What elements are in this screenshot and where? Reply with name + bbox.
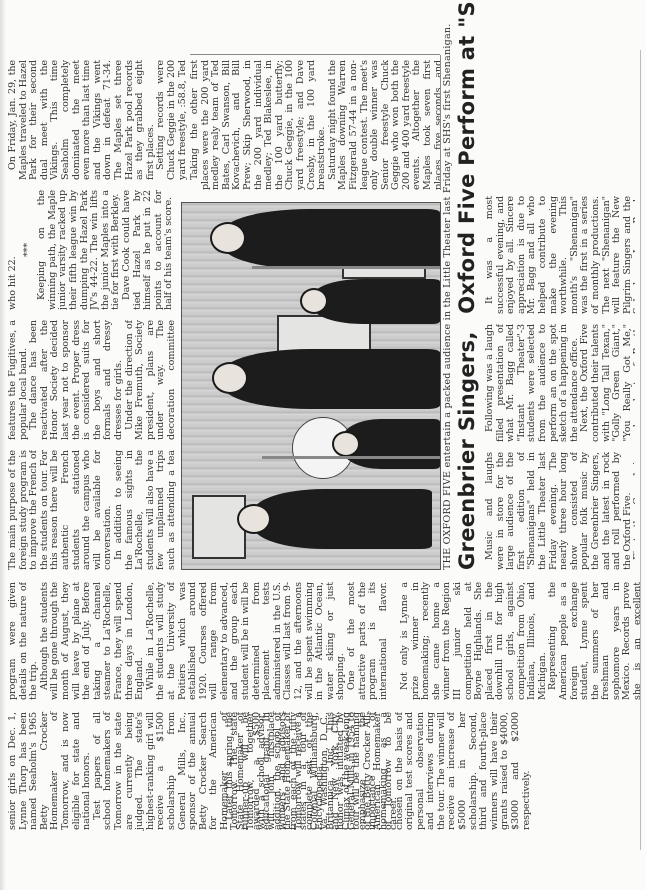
sports-para-9: Saturday night found the Maples downing … <box>328 60 440 190</box>
page-top-edge <box>0 0 6 890</box>
newspaper-page: senior girls on Dec. 1, Lynne Thorp has … <box>0 0 646 890</box>
shenanigan-para-2: First, the Greenbrier Singers chanted to… <box>633 452 635 570</box>
france-article-col-2: The main purpose of the foreign study pr… <box>8 450 178 570</box>
sports-article-col-2: On Friday, Jan. 29, the Maples traveled … <box>8 60 188 180</box>
band-member <box>222 209 440 269</box>
sports-para-4: Dave Cook could have tied Hazel Park by … <box>122 190 175 310</box>
article-headline: Greenbrier Singers, Oxford Five Perform … <box>455 0 479 570</box>
france-article-col-1: program were given details on the nature… <box>8 582 388 700</box>
dance-para-1: features the Fugitives, a popular local … <box>8 320 29 440</box>
homemaker-para-4: Not only is Lynne a prize winner in home… <box>400 582 548 700</box>
band-member-head <box>210 222 246 254</box>
band-member <box>312 279 440 324</box>
amplifier <box>192 495 246 559</box>
sports-article-col-1: who hit 22. *** Keeping on the winning p… <box>8 190 178 310</box>
shenanigan-article-col-1: Music and laughs were in store for the l… <box>485 452 635 570</box>
sports-para-1: who hit 22. <box>8 190 19 310</box>
headline-part-2: Oxford Five Perform at "Shenanigan" <box>455 0 479 314</box>
microphone-stand <box>262 456 440 459</box>
band-member-head <box>300 288 328 314</box>
sports-para-7: Setting records were Chuck Geggie in the… <box>156 60 188 180</box>
homemaker-para-5: Representing the American people as a fo… <box>548 582 640 700</box>
france-para-2: Although the students will be gone throu… <box>40 582 146 700</box>
page-bottom-edge <box>640 50 641 850</box>
homemaker-article-col-1: senior girls on Dec. 1, Lynne Thorp has … <box>8 712 218 830</box>
section-divider: *** <box>23 190 34 310</box>
shenanigan-para-4: Next, the Oxford Five contributed their … <box>580 324 635 442</box>
shenanigan-article-col-3: It was a most successful evening, and en… <box>485 196 635 314</box>
column-rule <box>440 55 441 190</box>
homemaker-article-col-3: Not only is Lynne a prize winner in home… <box>400 582 640 700</box>
dance-para-2: The dance has been reactivated after the… <box>29 320 124 440</box>
sports-article-col-3: Taking the other first places were the 2… <box>190 60 440 190</box>
dance-article-col: features the Fugitives, a popular local … <box>8 320 178 440</box>
france-para-5: The main purpose of the foreign study pr… <box>8 450 114 570</box>
shenanigan-article-col-2: Following was a laugh filled presentatio… <box>485 324 635 442</box>
microphone-stand <box>252 266 440 269</box>
headline-part-1: Greenbrier Singers, <box>455 331 479 570</box>
homemaker-para-3: Later this spring, the State Homemaker o… <box>225 712 532 830</box>
band-member-head <box>212 362 248 394</box>
shenanigan-para-5: It was a most successful evening, and en… <box>485 196 635 314</box>
sports-para-3: Keeping on the winning path, the Maple j… <box>37 190 122 310</box>
band-photo <box>181 202 441 570</box>
band-member-head <box>237 504 271 534</box>
france-para-1: program were given details on the nature… <box>8 582 40 700</box>
shenanigan-para-3: Following was a laugh filled presentatio… <box>485 324 580 442</box>
sports-para-6: On Friday, Jan. 29, the Maples traveled … <box>8 60 156 180</box>
homemaker-para-1: senior girls on Dec. 1, Lynne Thorp has … <box>8 712 93 830</box>
band-member <box>222 349 440 409</box>
column-rule <box>190 54 440 55</box>
homemaker-article-col-2: Later this spring, the State Homemaker o… <box>225 712 625 830</box>
dance-para-3: Under the direction of Mike Fremuth, Soc… <box>125 320 178 440</box>
france-para-6: In addition to seeing the famous sights … <box>114 450 178 570</box>
france-para-4: One of the most attractive parts of the … <box>347 582 388 700</box>
shenanigan-para-1: Music and laughs were in store for the l… <box>485 452 633 570</box>
france-para-3: While in La'Rochelle, the students will … <box>146 582 347 700</box>
band-member-head <box>332 431 360 457</box>
band-member <box>252 489 432 549</box>
photo-caption: THE OXFORD FIVE entertain a packed audie… <box>442 150 453 570</box>
sports-para-8: Taking the other first places were the 2… <box>190 60 328 190</box>
